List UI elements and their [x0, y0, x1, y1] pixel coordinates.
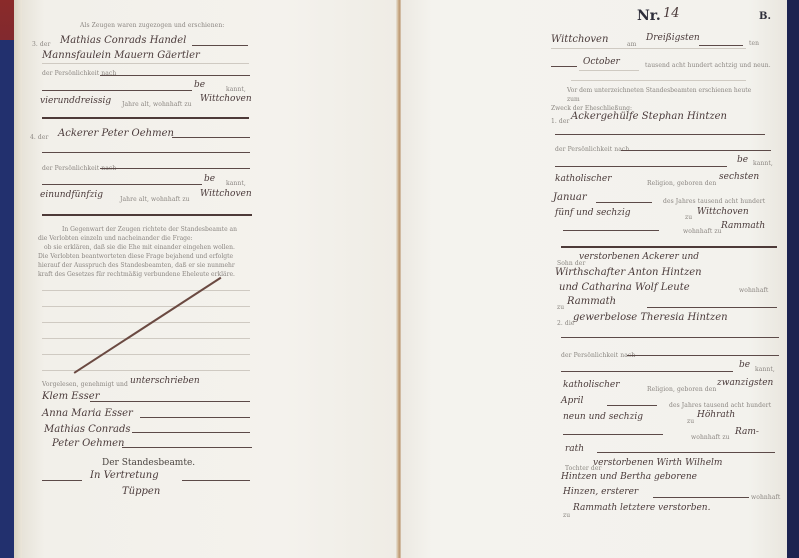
rule — [555, 134, 765, 135]
witness-3-name: Mathias Conrads Handel — [60, 35, 186, 46]
groom-parents-line-2: Wirthschafter Anton Hintzen — [555, 267, 702, 278]
rule — [653, 497, 749, 498]
rule — [132, 432, 250, 433]
rule — [551, 66, 577, 67]
rule — [42, 338, 250, 339]
witness-4-known-label: kannt, — [226, 180, 246, 187]
witness-3-occupation: Mannsfaulein Mauern Gäertler — [42, 50, 200, 61]
rule — [42, 184, 202, 185]
groom-religion: katholischer — [555, 174, 612, 184]
groom-birth-place-label: zu — [685, 214, 692, 221]
signoff-hand: unterschrieben — [130, 376, 200, 386]
rule — [627, 355, 779, 356]
groom-known-suffix: be — [737, 155, 748, 165]
rule — [561, 371, 733, 372]
bride-prefix: 2. die — [557, 320, 575, 327]
ceremony-text: In Gegenwart der Zeugen richtete der Sta… — [38, 225, 253, 279]
intro-line: Vor dem unterzeichneten Standesbeamten e… — [551, 86, 761, 104]
rule — [42, 322, 250, 323]
groom-residence-label: wohnhaft zu — [683, 228, 722, 235]
right-page: Nr. 14 B. Wittchoven am Dreißigsten ten … — [401, 0, 787, 558]
rule — [140, 417, 250, 418]
rule — [42, 90, 192, 91]
witness-3-known-suffix: be — [194, 80, 205, 90]
rule — [597, 452, 775, 453]
intro-text: Vor dem unterzeichneten Standesbeamten e… — [551, 86, 761, 113]
rule — [561, 246, 777, 248]
signature-2: Anna Maria Esser — [42, 408, 133, 419]
rule — [621, 150, 771, 151]
rule — [42, 290, 250, 291]
record-number: 14 — [663, 6, 680, 21]
groom-identity-label: der Persönlichkeit nach — [555, 146, 629, 153]
rule — [563, 230, 659, 231]
bride-birth-day: zwanzigsten — [717, 378, 773, 388]
rule — [699, 45, 743, 46]
rule — [561, 337, 779, 338]
signature-4: Peter Oehmen — [52, 438, 125, 449]
groom-religion-label: Religion, geboren den — [647, 180, 716, 187]
bride-parents-line-3: Hinzen, ersterer — [563, 487, 638, 497]
left-page: Als Zeugen waren zugezogen und erschiene… — [22, 0, 397, 558]
bride-religion-label: Religion, geboren den — [647, 386, 716, 393]
rule — [571, 80, 746, 81]
witness-4-prefix: 4. der — [30, 134, 49, 141]
groom-birth-year: fünf und sechzig — [555, 208, 631, 218]
officer-hand-1: In Vertretung — [90, 470, 159, 481]
rule — [42, 117, 249, 119]
rule — [100, 168, 250, 169]
bride-birth-month: April — [561, 396, 583, 406]
groom-name: Ackergehülfe Stephan Hintzen — [571, 111, 727, 122]
groom-parents-line-3: und Catharina Wolf Leute — [559, 282, 690, 293]
rule — [192, 45, 248, 46]
signature-3: Mathias Conrads — [44, 424, 131, 435]
year-text: tausend acht hundert achtzig und neun. — [645, 62, 771, 69]
rule — [42, 306, 250, 307]
day: Dreißigsten — [646, 33, 700, 43]
bride-birth-year-label: des Jahres tausend acht hundert — [669, 402, 771, 409]
rule — [579, 70, 639, 71]
rule — [100, 75, 250, 76]
bride-known-suffix: be — [739, 360, 750, 370]
witness-4-age-label: Jahre alt, wohnhaft zu — [120, 196, 190, 203]
month: October — [583, 57, 620, 67]
section-letter: B. — [759, 11, 771, 22]
rule — [596, 202, 652, 203]
bride-name: gewerbelose Theresia Hintzen — [573, 312, 728, 323]
groom-parents-res-label: wohnhaft — [739, 287, 768, 294]
witness-3-age-label: Jahre alt, wohnhaft zu — [122, 101, 192, 108]
bride-parents-res-label: wohnhaft — [751, 494, 780, 501]
rule — [42, 214, 252, 216]
groom-parents-res-prefix: zu — [557, 304, 564, 311]
strikethrough-line — [74, 277, 222, 374]
bride-birth-place: Höhrath — [697, 410, 735, 420]
ceremony-line: hierauf der Ausspruch des Standesbeamten… — [38, 261, 253, 270]
bride-parents-line-1: verstorbenen Wirth Wilhelm — [593, 458, 722, 468]
rule — [563, 434, 663, 435]
groom-residence: Rammath — [721, 221, 765, 231]
ceremony-line: Die Verlobten beantworteten diese Frage … — [38, 252, 253, 261]
rule — [122, 447, 252, 448]
am-label: am — [627, 41, 636, 48]
groom-known-label: kannt, — [753, 160, 773, 167]
rule — [182, 480, 250, 481]
rule — [42, 354, 250, 355]
bride-religion: katholischer — [563, 380, 620, 390]
witness-3-known-label: kannt, — [226, 86, 246, 93]
bride-birth-year: neun und sechzig — [563, 412, 643, 422]
rule — [42, 63, 249, 64]
groom-birth-year-label: des Jahres tausend acht hundert — [663, 198, 765, 205]
rule — [42, 152, 250, 153]
rule — [42, 480, 82, 481]
rule — [551, 48, 746, 49]
bride-residence-2: rath — [565, 444, 584, 454]
witness-4-name: Ackerer Peter Oehmen — [58, 128, 174, 139]
rule — [607, 405, 657, 406]
bride-residence-label: wohnhaft zu — [691, 434, 730, 441]
groom-parents-residence: Rammath — [567, 296, 616, 307]
book-cover-right — [787, 0, 799, 558]
witness-3-prefix: 3. der — [32, 41, 51, 48]
bride-parents-res-prefix: zu — [563, 512, 570, 519]
groom-birth-day: sechsten — [719, 172, 759, 182]
rule — [555, 166, 727, 167]
bride-parents-line-2: Hintzen und Bertha geborene — [561, 472, 697, 482]
record-number-label: Nr. — [637, 8, 661, 24]
officer-signature: Tüppen — [122, 486, 160, 497]
bride-identity-label: der Persönlichkeit nach — [561, 352, 635, 359]
witness-3-age: vierunddreissig — [40, 96, 111, 106]
bride-parents-residence: Rammath letztere verstorben. — [573, 503, 710, 513]
witness-4-known-suffix: be — [204, 174, 215, 184]
rule — [90, 401, 250, 402]
den-label: ten — [749, 40, 759, 47]
witness-4-age: einundfünfzig — [40, 190, 103, 200]
ceremony-line: ob sie erklären, daß sie die Ehe mit ein… — [38, 243, 253, 252]
place: Wittchoven — [551, 34, 608, 45]
officer-title: Der Standesbeamte. — [102, 458, 195, 468]
witness-intro: Als Zeugen waren zugezogen und erschiene… — [80, 22, 224, 29]
groom-birth-month: Januar — [553, 192, 587, 203]
bride-residence-1: Ram- — [735, 427, 759, 437]
witness-3-residence: Wittchoven — [200, 94, 252, 104]
ceremony-line: In Gegenwart der Zeugen richtete der Sta… — [38, 225, 253, 234]
witness-4-residence: Wittchoven — [200, 189, 252, 199]
ceremony-line: die Verlobten einzeln und nacheinander d… — [38, 234, 253, 243]
groom-parents-line-1: verstorbenen Ackerer und — [579, 252, 699, 262]
rule — [172, 137, 250, 138]
bride-birth-place-label: zu — [687, 418, 694, 425]
rule — [647, 307, 777, 308]
groom-birth-place: Wittchoven — [697, 207, 749, 217]
bride-known-label: kannt, — [755, 366, 775, 373]
signoff-label: Vorgelesen, genehmigt und — [42, 381, 128, 388]
groom-prefix: 1. der — [551, 118, 570, 125]
